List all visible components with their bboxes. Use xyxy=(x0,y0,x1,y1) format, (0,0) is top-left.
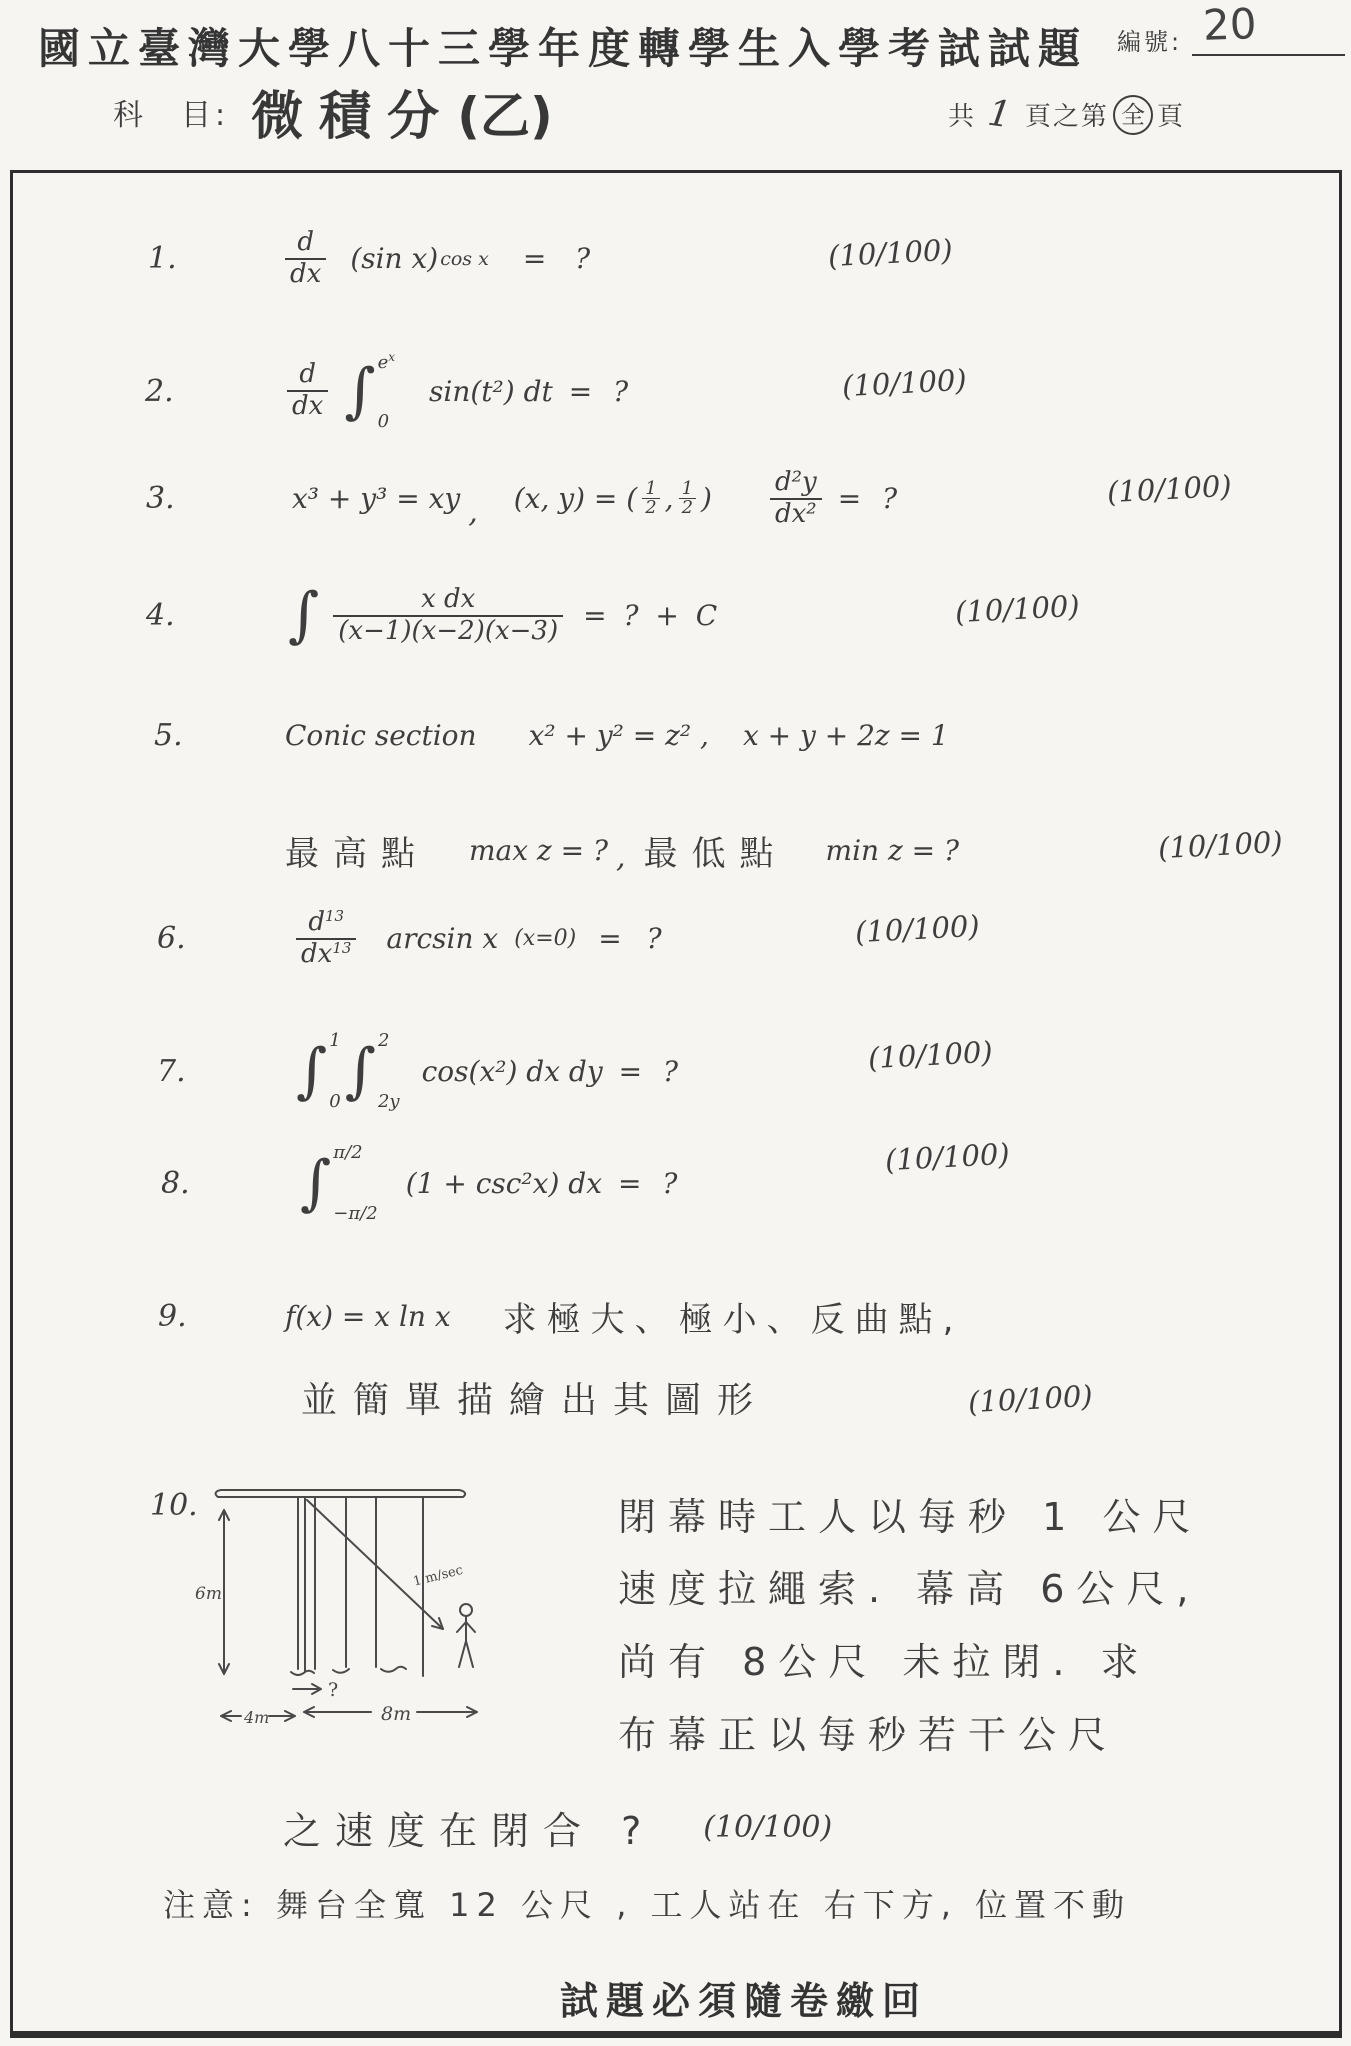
frac-denominator: dx xyxy=(285,258,326,290)
problem-10-continuation-row: 之速度在閉合 ? (10/100) xyxy=(283,1800,832,1855)
problem-3-score: (10/100) xyxy=(1106,469,1232,509)
sketch-instruction: 並簡單描繪出其圖形 xyxy=(301,1372,769,1423)
second-derivative-fraction: d²ydx² xyxy=(770,468,822,530)
integral-sign: ∫ xyxy=(300,1158,331,1209)
frac-denominator: dx² xyxy=(770,498,822,530)
problem-2-row: 2. ddx ∫ ex 0 sin(t²) dt = ? xyxy=(145,350,634,432)
equals-question: = ? xyxy=(598,922,669,955)
integrand: cos(x²) dx dy xyxy=(422,1055,603,1088)
problem-8-score: (10/100) xyxy=(884,1137,1010,1177)
problem-9-score: (10/100) xyxy=(967,1379,1093,1419)
integral-lower: −π/2 xyxy=(333,1203,377,1224)
problem-10-score: (10/100) xyxy=(703,1810,832,1845)
frac-numerator: d xyxy=(294,360,321,390)
problem-10-text-line3: 尚有 8公尺 未拉閉. 求 xyxy=(618,1631,1151,1686)
curtain-bottom-wave xyxy=(291,1667,406,1675)
problem-8-number: 8. xyxy=(161,1166,300,1201)
problem-3-row: 3. x³ + y³ = xy , (x, y) = ( 12 , 12 ) d… xyxy=(146,468,903,530)
height-label: 6m xyxy=(195,1584,222,1604)
problem-9-row: 9. f(x) = x ln x 求極大、極小、反曲點, xyxy=(158,1292,963,1341)
integrand: sin(t²) dt xyxy=(429,375,553,408)
problem-7-row: 7. ∫ 1 0 ∫ 2 2y cos(x²) dx dy = ? xyxy=(157,1030,684,1112)
problem-6-number: 6. xyxy=(157,921,296,956)
exponent: cos x xyxy=(440,248,489,270)
problem-9-line2-row: 並簡單描繪出其圖形 xyxy=(301,1372,769,1423)
problem-10-note: 注意: 舞台全寬 12 公尺 , 工人站在 右下方, 位置不動 xyxy=(163,1880,1131,1926)
comma: , xyxy=(616,840,626,875)
upper-exp: x xyxy=(388,350,395,364)
integral-lower: 2y xyxy=(378,1091,400,1112)
d-symbol: d xyxy=(308,907,325,937)
one-half: 12 xyxy=(640,480,661,519)
problem-2-score: (10/100) xyxy=(841,363,967,403)
evaluation-point: (x=0) xyxy=(514,926,576,951)
rational-integrand-fraction: x dx(x−1)(x−2)(x−3) xyxy=(333,585,563,647)
equals-question: = ? xyxy=(569,375,634,408)
problem-9-number: 9. xyxy=(158,1299,285,1334)
arcsin-body: arcsin x xyxy=(386,922,498,955)
integral-bounds: π/2 −π/2 xyxy=(333,1142,377,1224)
problem-5-question-row: 最高點 max z = ? , 最低點 min z = ? xyxy=(285,826,959,875)
problem-1-score: (10/100) xyxy=(827,233,953,273)
pages-count: 1 xyxy=(985,93,1013,137)
subject-variant: (乙) xyxy=(457,76,553,148)
equals-question: = ? xyxy=(838,482,903,515)
equals-question: = ? xyxy=(619,1055,684,1088)
problem-6-row: 6. d13 dx13 arcsin x (x=0) = ? xyxy=(157,908,670,970)
pages-value-circled: 全 xyxy=(1113,95,1153,135)
curtain-rod xyxy=(216,1490,465,1497)
exam-sheet: 國立臺灣大學八十三學年度轉學生入學考試試題 編號: 20 科 目: 微積分 (乙… xyxy=(0,0,1351,2046)
integral-upper: 1 xyxy=(329,1030,340,1051)
dx-symbol: dx xyxy=(301,939,332,969)
pages-middle: 頁之第 xyxy=(1025,96,1109,133)
problem-1-number: 1. xyxy=(148,241,285,276)
integral-upper: ex xyxy=(378,350,395,373)
integral: ∫ ex 0 xyxy=(344,350,399,432)
problem-7-number: 7. xyxy=(157,1054,296,1089)
surface-equation: x² + y² = z² , xyxy=(529,719,709,752)
order-sup: 13 xyxy=(325,907,344,925)
function-definition: f(x) = x ln x xyxy=(285,1300,451,1333)
comma: , xyxy=(468,495,478,530)
integral: ∫ π/2 −π/2 xyxy=(300,1142,382,1224)
frac-denominator: 2 xyxy=(642,498,659,518)
frac-numerator: d²y xyxy=(770,468,822,498)
exam-title: 國立臺灣大學八十三學年度轉學生入學考試試題 xyxy=(38,16,1088,76)
point-comma: , xyxy=(665,482,674,515)
curtain-folds xyxy=(298,1498,423,1676)
subject-row: 科 目: 微積分 (乙) xyxy=(113,74,553,149)
problem-5-row: 5. Conic section x² + y² = z² , x + y + … xyxy=(154,718,949,753)
problem-4-score: (10/100) xyxy=(954,589,1080,629)
integral-lower: 0 xyxy=(378,411,395,432)
conic-label: Conic section xyxy=(285,719,477,752)
continuation-text: 之速度在閉合 ? xyxy=(283,1800,655,1855)
integral-sign: ∫ xyxy=(296,1046,327,1097)
problem-7-score: (10/100) xyxy=(867,1035,993,1075)
pages-prefix: 共 xyxy=(948,96,974,133)
frac-numerator: 1 xyxy=(640,480,661,499)
speed-label: 1 m/sec xyxy=(412,1563,465,1590)
frac-denominator: dx xyxy=(287,390,328,422)
d-dx-fraction: ddx xyxy=(287,360,328,422)
plane-equation: x + y + 2z = 1 xyxy=(743,719,949,752)
frac-numerator: d xyxy=(292,228,319,258)
frac-denominator: 2 xyxy=(679,498,696,518)
move-arrow xyxy=(293,1684,321,1694)
page-count-row: 共 1 頁之第 全 頁 xyxy=(948,94,1183,135)
integral-lower: 0 xyxy=(329,1091,340,1112)
serial-label: 編號: xyxy=(1117,22,1182,57)
problem-8-row: 8. ∫ π/2 −π/2 (1 + csc²x) dx = ? xyxy=(161,1142,683,1224)
order-sup: 13 xyxy=(332,939,351,957)
integral-upper: π/2 xyxy=(333,1142,377,1163)
inner-integral: ∫ 2 2y xyxy=(345,1030,404,1112)
move-label: ? xyxy=(328,1679,338,1701)
max-point-label: 最高點 xyxy=(285,826,429,875)
problem-5-score: (10/100) xyxy=(1157,825,1283,865)
frac-numerator: 1 xyxy=(677,480,698,499)
frac-denominator: (x−1)(x−2)(x−3) xyxy=(333,615,563,647)
integrand: (1 + csc²x) dx xyxy=(406,1167,602,1200)
one-half: 12 xyxy=(677,480,698,519)
serial-value: 20 xyxy=(1202,0,1257,50)
problem-10-figure: 6m 1 m/sec ? 4m 8m xyxy=(185,1483,500,1751)
d13-dx13-fraction: d13 dx13 xyxy=(296,908,356,970)
equals-question-plus-c: = ? + C xyxy=(583,599,721,632)
equals-question: = ? xyxy=(618,1167,683,1200)
task-text: 求極大、極小、反曲點, xyxy=(503,1292,964,1341)
problem-5-number: 5. xyxy=(154,718,285,753)
expression: (sin x) xyxy=(350,242,438,275)
frac-numerator: x dx xyxy=(416,585,480,615)
stick-figure xyxy=(457,1604,475,1667)
problem-2-number: 2. xyxy=(145,374,287,409)
min-equation: min z = ? xyxy=(826,834,959,867)
outer-integral: ∫ 1 0 xyxy=(296,1030,345,1112)
serial-underline xyxy=(1192,54,1345,56)
problem-10-text-line1: 閉幕時工人以每秒 1 公尺 xyxy=(618,1486,1202,1541)
equals-question: = ? xyxy=(523,242,600,275)
return-notice: 試題必須隨卷繳回 xyxy=(560,1970,928,2025)
width8-label: 8m xyxy=(381,1703,411,1725)
d-dx-fraction: ddx xyxy=(285,228,326,290)
point-open: (x, y) = ( xyxy=(514,482,637,515)
integral-bounds: ex 0 xyxy=(378,350,395,432)
problem-10-text-line2: 速度拉繩索. 幕高 6公尺, xyxy=(618,1558,1201,1613)
frac-numerator: d13 xyxy=(303,908,349,938)
integral-sign: ∫ xyxy=(288,590,319,641)
integral-bounds: 1 0 xyxy=(329,1030,340,1112)
width4-label: 4m xyxy=(243,1708,269,1727)
pages-suffix: 頁 xyxy=(1157,96,1183,133)
implicit-equation: x³ + y³ = xy xyxy=(292,482,460,515)
upper-base: e xyxy=(378,352,389,373)
integral-bounds: 2 2y xyxy=(378,1030,400,1112)
problem-4-row: 4. ∫ x dx(x−1)(x−2)(x−3) = ? + C xyxy=(146,585,721,647)
subject-label: 科 目: xyxy=(113,90,229,134)
point-close: ) xyxy=(701,482,712,515)
min-point-label: 最低點 xyxy=(644,826,788,875)
integral-sign: ∫ xyxy=(344,366,375,417)
subject-value: 微積分 xyxy=(251,74,455,149)
integral-upper: 2 xyxy=(378,1030,400,1051)
problem-10-text-line4: 布幕正以每秒若干公尺 xyxy=(618,1704,1118,1759)
max-equation: max z = ? xyxy=(469,834,608,867)
problem-1-row: 1. ddx (sin x)cos x = ? xyxy=(148,228,600,290)
integral-sign: ∫ xyxy=(345,1046,376,1097)
problem-4-number: 4. xyxy=(146,598,288,633)
problem-6-score: (10/100) xyxy=(854,909,980,949)
problem-3-number: 3. xyxy=(146,481,292,516)
frac-denominator: dx13 xyxy=(296,938,356,970)
